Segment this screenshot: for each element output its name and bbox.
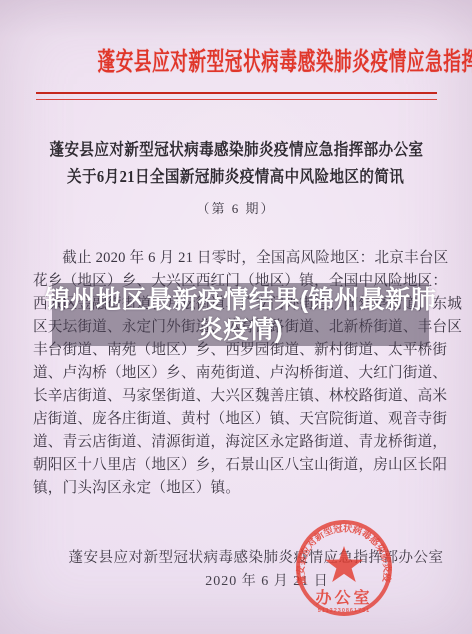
body-line: 长辛店街道、马家堡街道、大兴区魏善庄镇、林校路街道、高米 bbox=[33, 385, 442, 408]
doc-title-line1: 蓬安县应对新型冠状病毒感染肺炎疫情应急指挥部办公室 bbox=[0, 136, 472, 160]
body-line: 道、青云店街道、清源街道，海淀区永定路街道、青龙桥街道， bbox=[33, 431, 442, 454]
seal-office-text: 办公室 bbox=[315, 588, 372, 607]
issue-number: （第 6 期） bbox=[0, 198, 472, 217]
caption-line1: 锦州地区最新疫情结果(锦州最新肺 bbox=[45, 285, 436, 315]
body-line: 镇，门头沟区永定（地区）镇。 bbox=[33, 477, 442, 500]
doc-title-line2: 关于6月21日全国新冠肺炎疫情高中风险地区的简讯 bbox=[0, 163, 472, 187]
body-line: 朝阳区十八里店（地区）乡，石景山区八宝山街道，房山区长阳 bbox=[33, 454, 442, 477]
body-line: 道、卢沟桥（地区）乡、南苑街道、卢沟桥街道、大红门街道、 bbox=[33, 362, 442, 385]
seal-code: 5113230861731 bbox=[318, 608, 370, 614]
letterhead-text: 蓬安县应对新型冠状病毒感染肺炎疫情应急指挥部办公室 bbox=[98, 42, 472, 78]
body-line: 截止 2020 年 6 月 21 日零时，全国高风险地区：北京丰台区 bbox=[33, 247, 442, 270]
document-photo: 蓬安县应对新型冠状病毒感染肺炎疫情应急指挥部办公室 蓬安县应对新型冠状病毒感染肺… bbox=[0, 0, 472, 634]
body-line: 店街道、庞各庄街道、黄村（地区）镇、天宫院街道、观音寺街 bbox=[33, 408, 442, 431]
date-line: 2020 年 6 月 21 日 bbox=[0, 570, 472, 590]
seal-star-icon bbox=[325, 546, 363, 582]
caption-overlay: 锦州地区最新疫情结果(锦州最新肺 炎疫情) bbox=[52, 283, 429, 346]
signature-line: 蓬安县应对新型冠状病毒感染肺炎疫情应急指挥部办公室 bbox=[0, 546, 472, 567]
letterhead-banner: 蓬安县应对新型冠状病毒感染肺炎疫情应急指挥部办公室 bbox=[0, 42, 472, 78]
official-seal: 蓬安县应对新型冠状病毒感染肺炎疫情应急指挥部 办公室 5113230861731 bbox=[288, 508, 400, 624]
caption-line2: 炎疫情) bbox=[198, 315, 283, 345]
letterhead-divider bbox=[36, 92, 437, 100]
